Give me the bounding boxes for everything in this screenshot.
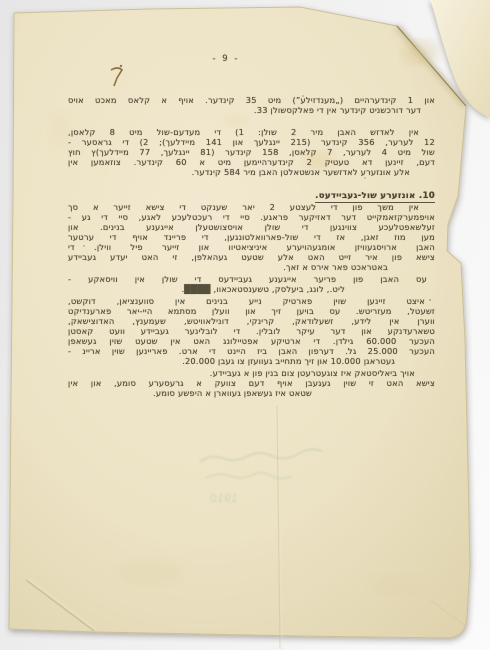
text-line: אין לאדזש האבן מיר 2 שולן: 1) די מעדעם-ש…	[68, 127, 435, 137]
text-line: איצט זיינען שוין פארטיק נייע בנינים אין …	[68, 296, 435, 306]
text-line: באטראכט פאר אירס א זאך.	[68, 262, 435, 272]
paragraph: איצט זיינען שוין פארטיק נייע בנינים אין …	[68, 296, 435, 366]
text-line: צישא פון איר זייט האט אלע שטעט געהאלפן, …	[68, 252, 435, 262]
page-number: - 9 -	[196, 54, 256, 64]
text-line: ווערן אין לידע, זשעלודאק, קרינקי, דונילא…	[68, 316, 435, 326]
text-line: שטאט איז געשאפן געווארן א היפשע סומע.	[68, 388, 435, 398]
paragraph: אין משך פון די לעצטע 2 יאר שענקט די צישא…	[68, 202, 435, 272]
text-line: זעלשאפטלעכע צווינגען די שולן אויסצושטעלן…	[68, 222, 435, 232]
text-line: זשעטל, מעזריטש. עס בויען זיך און וועלן מ…	[68, 306, 435, 316]
text-line: אלע אונזערע לאדזשער אנשטאלטן האבן מיר 58…	[68, 167, 435, 177]
text-line: 12 לערער, 356 קינדער (215 יינגלעך און 14…	[68, 137, 435, 147]
paragraph: אין לאדזש האבן מיר 2 שולן: 1) די מעדעם-ש…	[68, 127, 435, 177]
text-line: דער דורכשניט קינדער אין די פאלקסשולן 33.	[68, 105, 435, 115]
text-line: העכער 60.000 גילדן. די ארטיקע אפטיילונג …	[68, 336, 435, 346]
bleedthrough-digits: 1910	[210, 492, 238, 505]
scanned-document-photo: 1910 - 9 - און 1 קינדערהיים („מענדזילע”)…	[0, 0, 490, 650]
text-line: עס האבן פון פריער אייגענע געביידעס די שו…	[68, 274, 435, 284]
section-heading-row: 10. אונזערע שול-געביידעס.	[68, 183, 435, 202]
text-line: העכער 25.000 גל. דערפון האבן ביז היינט ד…	[68, 346, 435, 356]
text-line: און 1 קינדערהיים („מענדזילע”) מיט 35 קינ…	[68, 95, 435, 105]
text-line: אויך ביאליסטאק איז צוגעטרעטן צום בנין פו…	[68, 368, 435, 378]
paragraph: אויך ביאליסטאק איז צוגעטרעטן צום בנין פו…	[68, 368, 435, 398]
text-line: האבן ארויסגעוויזן אומגעהויערע איניציאטיו…	[68, 242, 435, 252]
text-line: געטראגן 10.000 און זיך מתחייב געוועזן צו…	[68, 356, 435, 366]
paragraph: און 1 קינדערהיים („מענדזילע”) מיט 35 קינ…	[68, 95, 435, 115]
text-line: טשארעדנקע און דער עיקר לובלין. די לובלינ…	[68, 326, 435, 336]
text-line: מען מוז זאגן, אז די שול-פארוואלטונגען, ד…	[68, 232, 435, 242]
text-line: ליט., לונג, ביעלסק, טשענסטאכאוו, ████.	[68, 284, 435, 294]
fold-stain	[403, 40, 439, 64]
text-line: אויפמערקזאמקייט דער דאזיקער פראגע. סיי ד…	[68, 212, 435, 222]
text-line: דעם, זיינען דא טעטיק 2 קינדערהיימען מיט …	[68, 157, 435, 167]
text-line: צישא האט זי שוין געגעבן אויף דעם צוועק א…	[68, 378, 435, 388]
paragraph: עס האבן פון פריער אייגענע געביידעס די שו…	[68, 274, 435, 294]
text-line: אין משך פון די לעצטע 2 יאר שענקט די צישא…	[68, 202, 435, 212]
text-line: שול מיט 4 לערער, 7 קלאסן, 158 קינדער (81…	[68, 147, 435, 157]
